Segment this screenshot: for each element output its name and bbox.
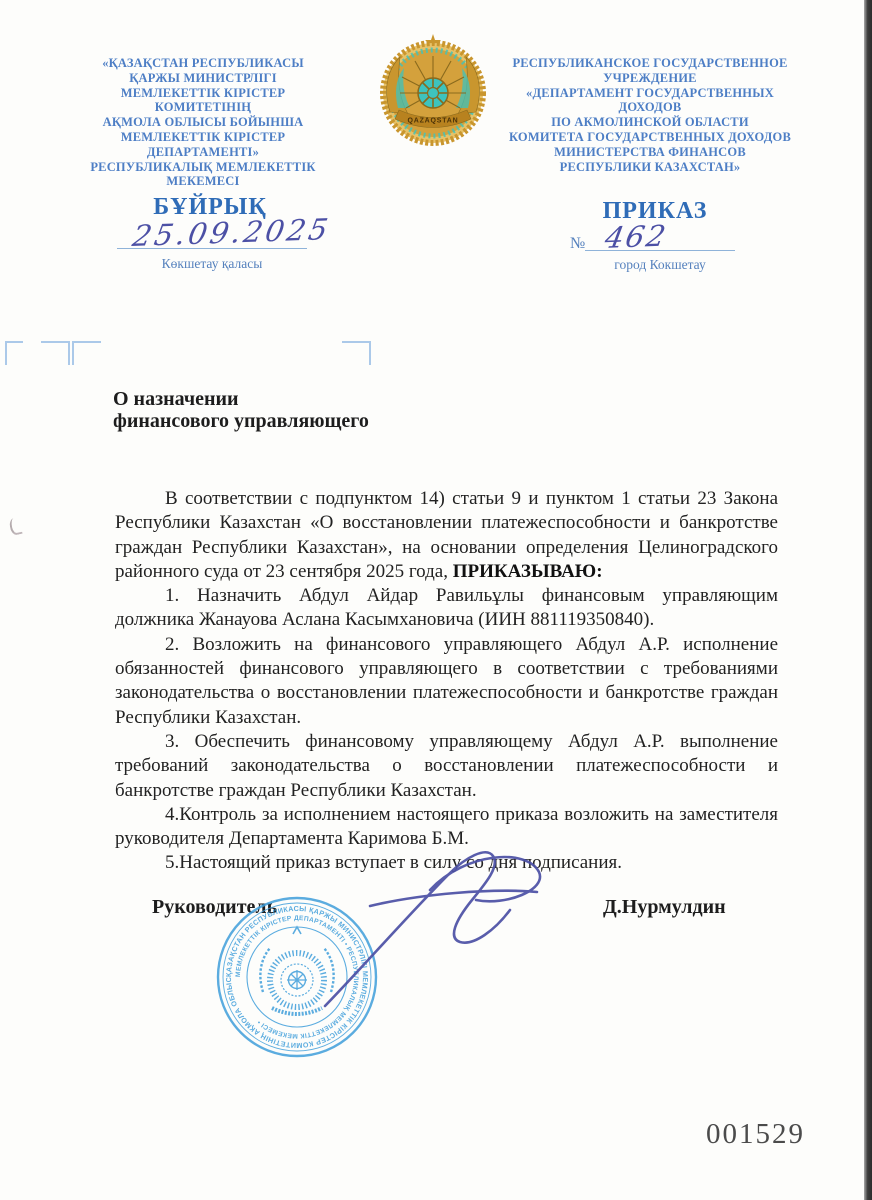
- scan-edge-shadow: [864, 0, 872, 1200]
- scan-blemish: [8, 517, 22, 536]
- order-subject: О назначении финансового управляющего: [113, 388, 543, 432]
- order-item: 1. Назначить Абдул Айдар Равильұлы финан…: [115, 584, 778, 633]
- kazakhstan-coat-of-arms-icon: QAZAQSTAN: [376, 32, 490, 146]
- date-underline: [117, 248, 307, 249]
- order-item: 3. Обеспечить финансовому управляющему А…: [115, 730, 778, 803]
- issuer-name-kazakh: «ҚАЗАҚСТАН РЕСПУБЛИКАСЫ ҚАРЖЫ МИНИСТРЛІГ…: [78, 56, 328, 189]
- form-serial-number: 001529: [706, 1118, 805, 1151]
- registration-mark: [342, 341, 371, 365]
- intro-text: В соответствии с подпунктом 14) статьи 9…: [115, 488, 778, 582]
- handwritten-date: 25.09.2025: [130, 213, 317, 253]
- intro-resolution-word: ПРИКАЗЫВАЮ:: [453, 561, 603, 582]
- handwritten-signature: [290, 838, 560, 1028]
- city-russian: город Кокшетау: [585, 257, 735, 273]
- scanned-order-document: «ҚАЗАҚСТАН РЕСПУБЛИКАСЫ ҚАРЖЫ МИНИСТРЛІГ…: [0, 0, 872, 1200]
- issuer-name-russian: РЕСПУБЛИКАНСКОЕ ГОСУДАРСТВЕННОЕ УЧРЕЖДЕН…: [500, 56, 800, 174]
- signer-name: Д.Нурмулдин: [603, 896, 726, 919]
- emblem-banner-text: QAZAQSTAN: [407, 118, 458, 125]
- city-kazakh: Көкшетау қаласы: [117, 256, 307, 272]
- order-number-label: №: [570, 235, 585, 253]
- intro-paragraph: В соответствии с подпунктом 14) статьи 9…: [115, 487, 778, 584]
- registration-mark: [72, 341, 101, 365]
- registration-mark: [5, 341, 23, 365]
- order-body: В соответствии с подпунктом 14) статьи 9…: [115, 487, 778, 876]
- order-item: 2. Возложить на финансового управляющего…: [115, 633, 778, 730]
- number-underline: [585, 250, 735, 251]
- registration-mark: [41, 341, 70, 365]
